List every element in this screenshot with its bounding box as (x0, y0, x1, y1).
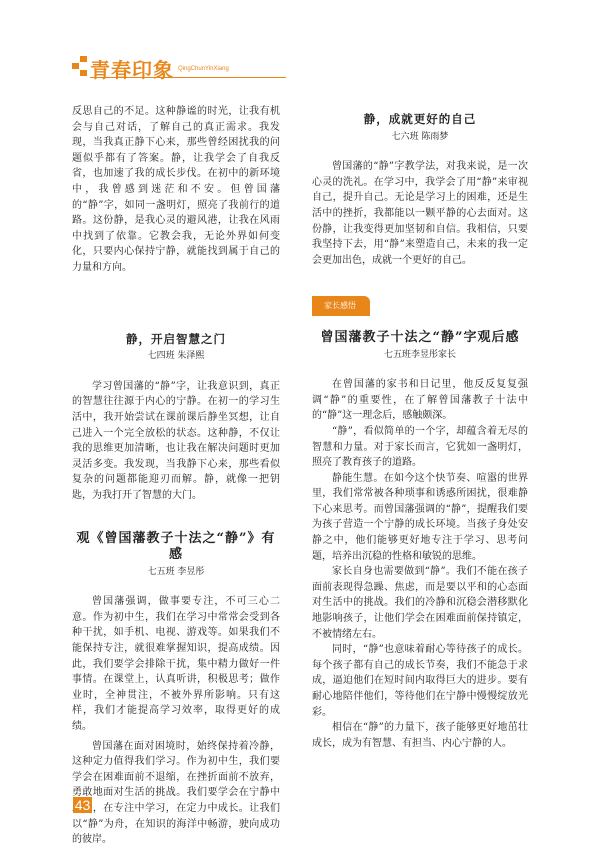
article4-title: 曾国藩教子十法之“静”字观后感 (312, 330, 528, 346)
article2-paragraph: 曾国藩在面对困境时，始终保持着冷静，这种定力值得我们学习。作为初中生，我们要学会… (72, 739, 280, 848)
article4-byline: 七五班李昱彤家长 (312, 348, 528, 364)
article1-byline: 七四班 朱泽熙 (72, 349, 280, 365)
header-divider (90, 77, 286, 78)
article3-paragraph: 曾国藩的“静”字教学法，对我来说，是一次心灵的洗礼。在学习中，我学会了用“静”来… (312, 159, 528, 268)
article1-paragraph: 学习曾国藩的“静”字，让我意识到，真正的智慧往往源于内心的宁静。在初一的学习生活… (72, 379, 280, 504)
article2-title: 观《曾国藩教子十法之“静”》有感 (72, 531, 280, 562)
section-badge: 家长感悟 (312, 296, 370, 316)
article4-paragraph: 在曾国藩的家书和日记里，他反反复复强调“静”的重要性，在了解曾国藩教子十法中的“… (312, 377, 528, 424)
article4-paragraph: 静能生慧。在如今这个快节奏、喧嚣的世界里，我们常常被各种琐事和诱惑所困扰，很难静… (312, 471, 528, 565)
article1-title: 静，开启智慧之门 (72, 332, 280, 348)
section-badge-row: 家长感悟 (312, 296, 528, 316)
right-column: 静，成就更好的自己 七六班 陈雨梦 曾国藩的“静”字教学法，对我来说，是一次心灵… (312, 104, 528, 751)
article3-byline: 七六班 陈雨梦 (312, 130, 528, 146)
section-title: 青春印象 (90, 54, 174, 83)
left-column: 反思自己的不足。这种静谧的时光，让我有机会与自己对话，了解自己的真正需求。我发现… (72, 104, 280, 848)
article4-paragraph: 相信在“静”的力量下，孩子能够更好地茁壮成长，成为有智慧、有担当、内心宁静的人。 (312, 720, 528, 751)
article4-paragraph: 同时，“静”也意味着耐心等待孩子的成长。每个孩子都有自己的成长节奏，我们不能急于… (312, 642, 528, 720)
article4-paragraph: 家长自身也需要做到“静”。我们不能在孩子面前表现得急躁、焦虑，而是要以平和的心态… (312, 564, 528, 642)
intro-paragraph: 反思自己的不足。这种静谧的时光，让我有机会与自己对话，了解自己的真正需求。我发现… (72, 104, 280, 276)
article2-byline: 七五班 李昱彤 (72, 565, 280, 581)
logo-blocks-icon (72, 56, 88, 76)
article2-paragraph: 曾国藩强调，做事要专注，不可三心二意。作为初中生，我们在学习中常常会受到各种干扰… (72, 594, 280, 734)
section-subtitle: QingChunYinXiang (178, 66, 229, 72)
article4-paragraph: “静”，看似简单的一个字，却蕴含着无尽的智慧和力量。对于家长而言，它犹如一盏明灯… (312, 424, 528, 471)
page-number: 43 (73, 797, 92, 813)
page-header: 青春印象 QingChunYinXiang (72, 56, 286, 80)
article3-title: 静，成就更好的自己 (312, 112, 528, 128)
